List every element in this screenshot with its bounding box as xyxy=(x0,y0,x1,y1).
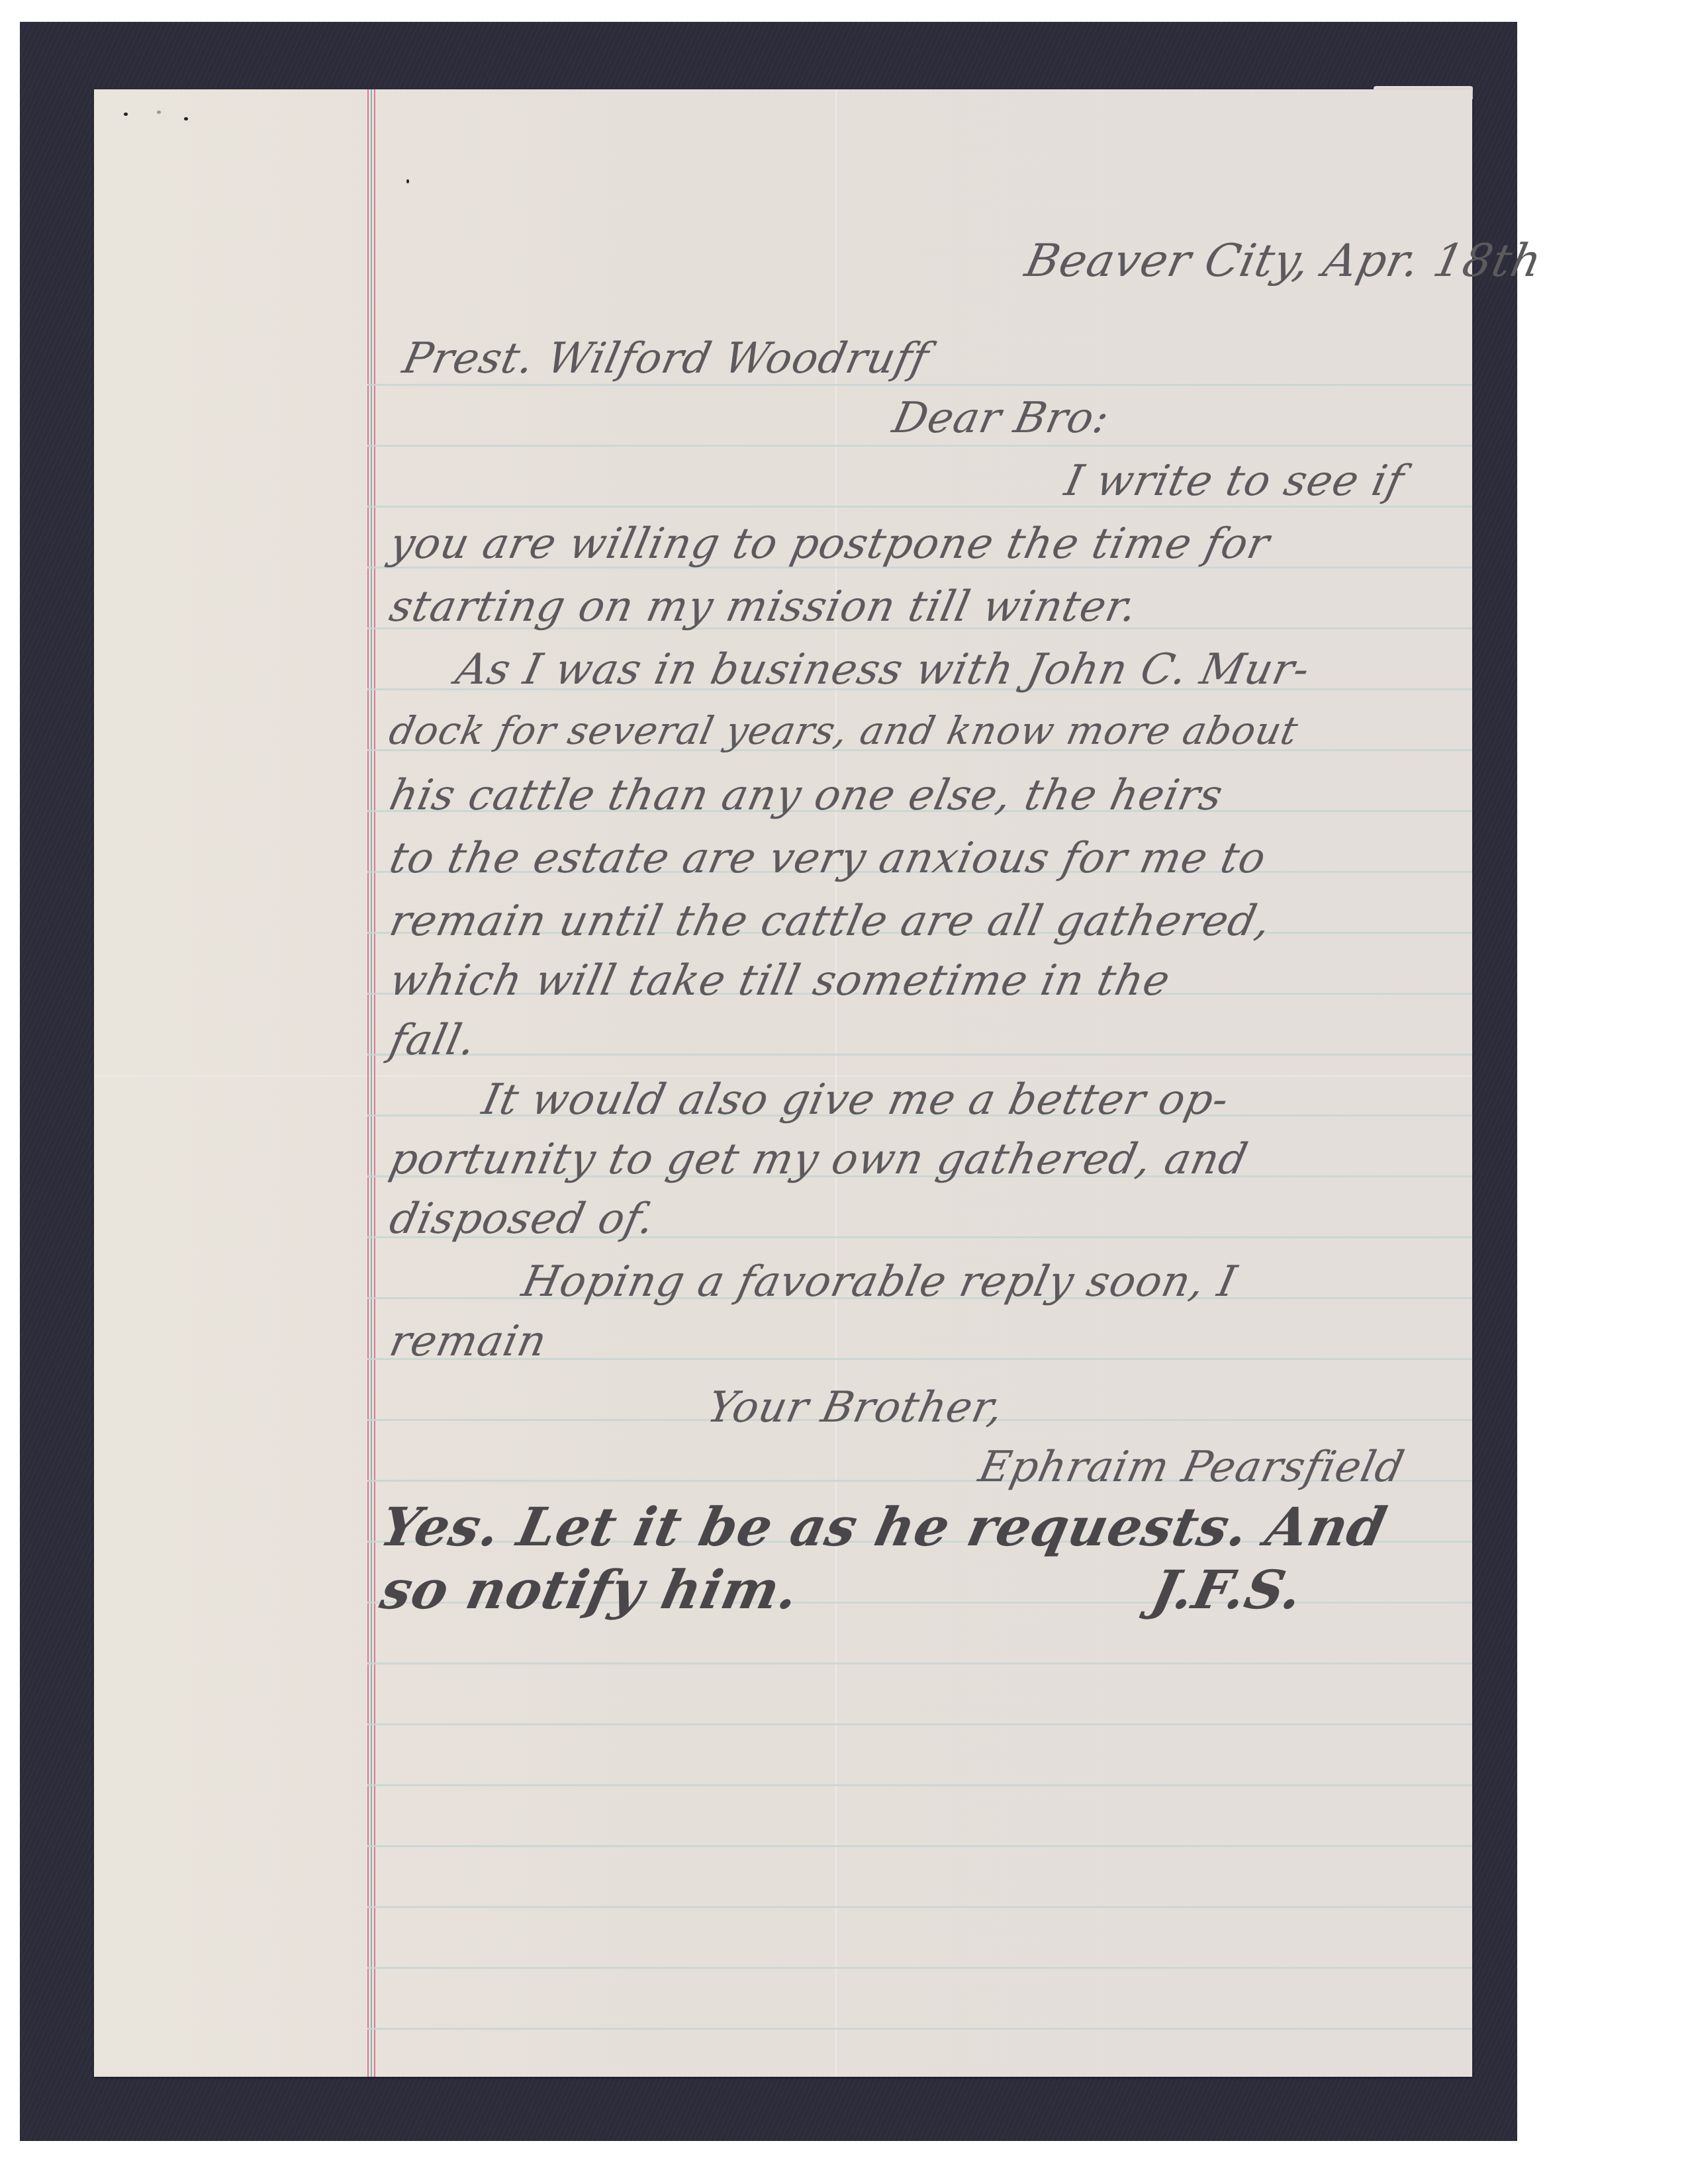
body-line-1: I write to see if xyxy=(1060,457,1409,506)
body-line-3: starting on my mission till winter. xyxy=(385,582,1142,631)
ruled-line xyxy=(367,445,1472,447)
annotation-line-1: Yes. Let it be as he requests. And xyxy=(375,1496,1392,1558)
ruled-line xyxy=(367,1967,1472,1969)
margin-line-blue xyxy=(371,89,372,2077)
annotation-line-2: so notify him. xyxy=(375,1559,805,1621)
annotation-initials: J.F.S. xyxy=(1147,1559,1309,1621)
ruled-line xyxy=(367,1784,1472,1786)
greeting: Dear Bro: xyxy=(888,394,1114,443)
place-date: Beaver City, Apr. 18th xyxy=(1021,235,1547,287)
body-line-11: It would also give me a better op- xyxy=(478,1075,1233,1124)
ruled-line xyxy=(367,1845,1472,1847)
body-line-5: dock for several years, and know more ab… xyxy=(385,708,1302,753)
body-line-10: fall. xyxy=(385,1016,481,1065)
body-line-6: his cattle than any one else, the heirs xyxy=(385,771,1227,820)
paper-speck xyxy=(406,179,409,183)
ruled-line xyxy=(367,2028,1472,2030)
body-line-15: remain xyxy=(385,1317,551,1366)
ruled-line xyxy=(367,506,1472,508)
body-line-4: As I was in business with John C. Mur- xyxy=(451,645,1314,694)
signature: Ephraim Pearsfield xyxy=(974,1443,1409,1492)
ruled-line xyxy=(367,384,1472,386)
body-line-8: remain until the cattle are all gathered… xyxy=(385,897,1276,946)
letter-page: Beaver City, Apr. 18th Prest. Wilford Wo… xyxy=(94,89,1472,2077)
valediction: Your Brother, xyxy=(703,1383,1008,1432)
ruled-line xyxy=(367,1906,1472,1908)
body-line-9: which will take till sometime in the xyxy=(385,956,1174,1005)
margin-line-red-right xyxy=(374,89,375,2077)
ruled-line xyxy=(367,1723,1472,1725)
paper-speck xyxy=(124,113,128,116)
paper-speck xyxy=(184,117,188,120)
body-line-12: portunity to get my own gathered, and xyxy=(385,1135,1252,1184)
addressee: Prest. Wilford Woodruff xyxy=(399,334,933,383)
paper-speck xyxy=(157,111,161,114)
body-line-7: to the estate are very anxious for me to xyxy=(385,834,1270,883)
ruled-line xyxy=(367,1054,1472,1056)
body-line-2: you are willing to postpone the time for xyxy=(385,520,1274,569)
margin-line-red-left xyxy=(367,89,369,2077)
ruled-line xyxy=(367,1662,1472,1664)
body-line-13: disposed of. xyxy=(385,1195,659,1244)
body-line-14: Hoping a favorable reply soon, I xyxy=(518,1257,1241,1306)
